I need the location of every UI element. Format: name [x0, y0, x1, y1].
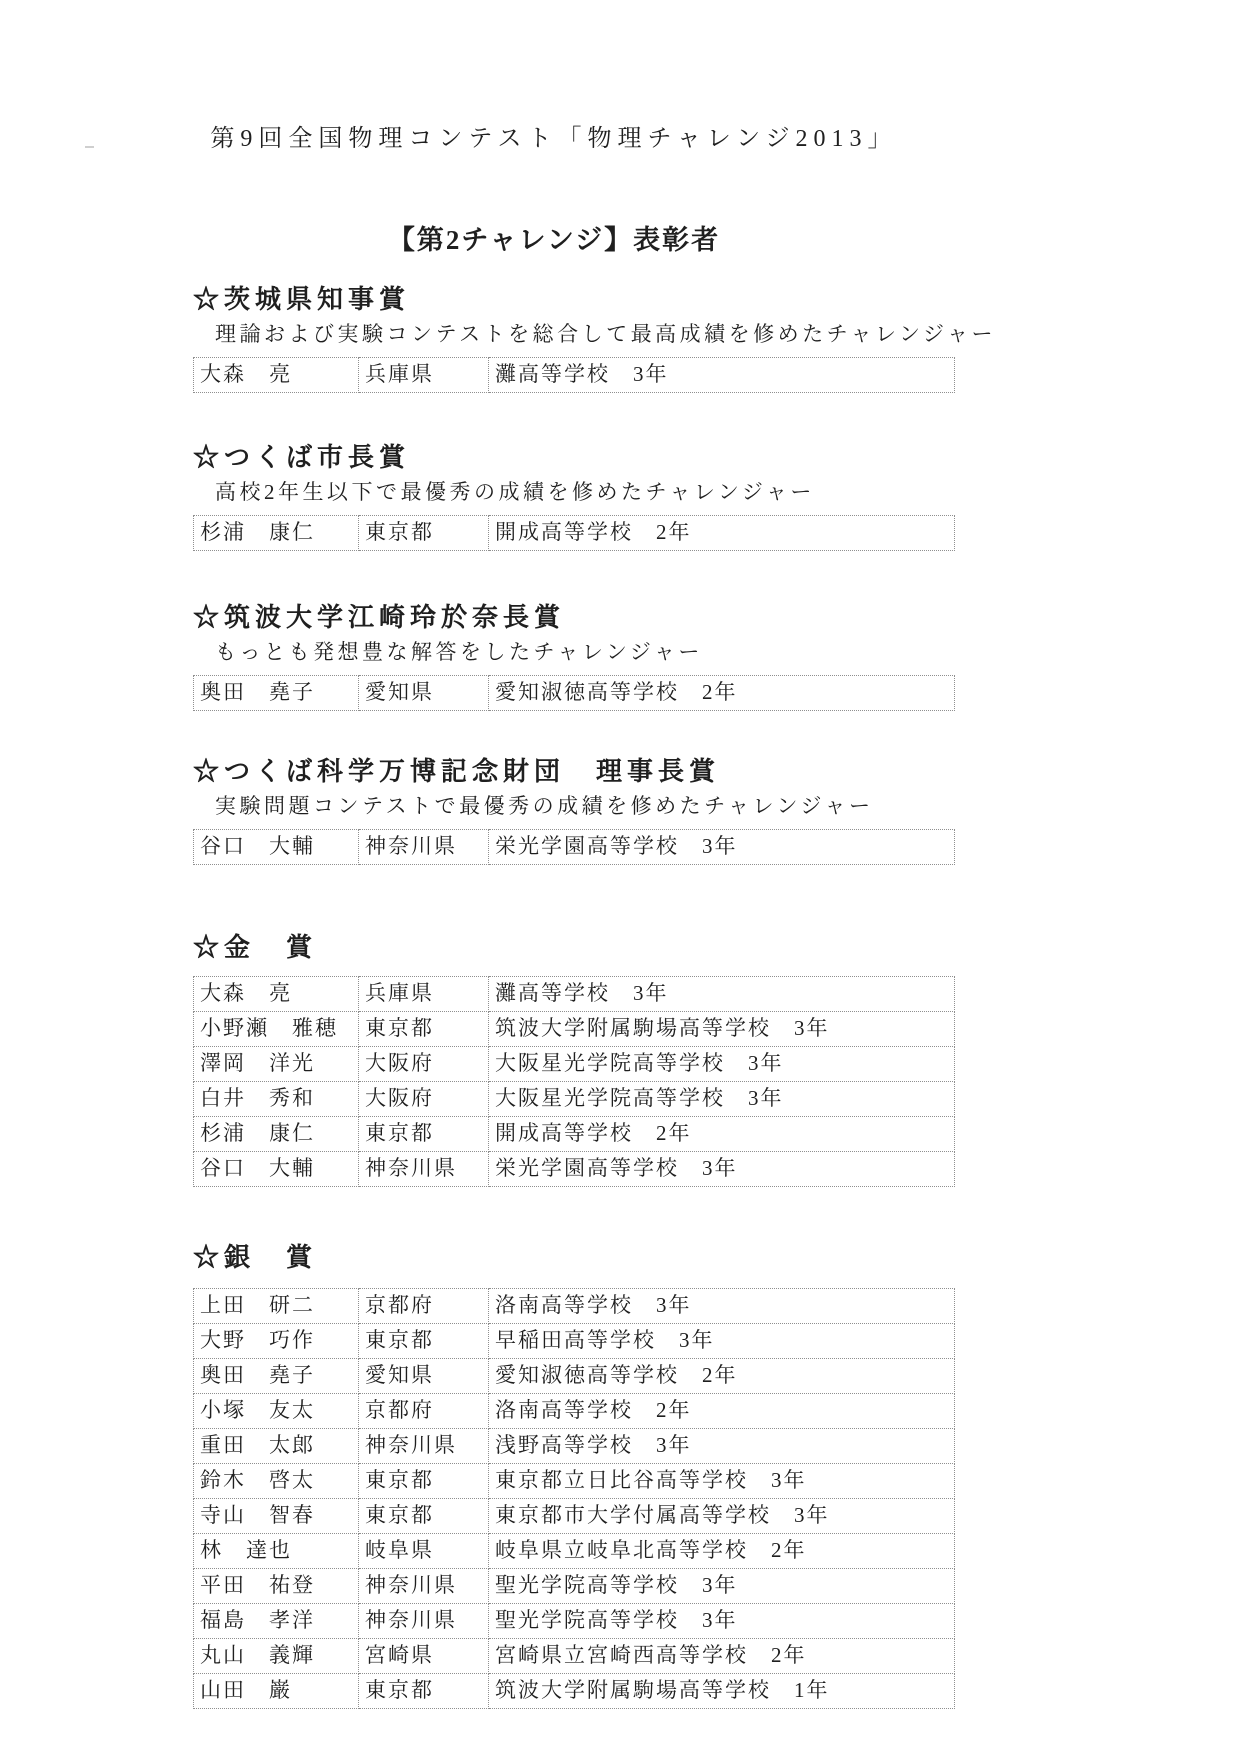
winner-prefecture: 大阪府 [359, 1082, 489, 1117]
winner-prefecture: 神奈川県 [359, 830, 489, 865]
winner-name: 丸山 義輝 [194, 1639, 359, 1674]
winner-row: 白井 秀和大阪府大阪星光学院高等学校 3年 [194, 1082, 955, 1117]
award-section-esaki: ☆筑波大学江崎玲於奈長賞 もっとも発想豊な解答をしたチャレンジャー 奥田 堯子愛… [193, 603, 915, 711]
award-heading: ☆茨城県知事賞 [193, 285, 915, 315]
award-heading: ☆つくば科学万博記念財団 理事長賞 [193, 757, 915, 787]
winner-prefecture: 京都府 [359, 1394, 489, 1429]
winner-name: 寺山 智春 [194, 1499, 359, 1534]
award-section-tsukuba-mayor: ☆つくば市長賞 高校2年生以下で最優秀の成績を修めたチャレンジャー 杉浦 康仁東… [193, 443, 915, 551]
winner-name: 杉浦 康仁 [194, 1117, 359, 1152]
winner-row: 杉浦 康仁東京都開成高等学校 2年 [194, 1117, 955, 1152]
winner-name: 小塚 友太 [194, 1394, 359, 1429]
winner-prefecture: 東京都 [359, 1117, 489, 1152]
winner-row: 大森 亮兵庫県灘高等学校 3年 [194, 977, 955, 1012]
winner-name: 白井 秀和 [194, 1082, 359, 1117]
winner-school: 聖光学院高等学校 3年 [489, 1604, 955, 1639]
winner-prefecture: 岐阜県 [359, 1534, 489, 1569]
winner-row: 重田 太郎神奈川県浅野高等学校 3年 [194, 1429, 955, 1464]
award-description: 理論および実験コンテストを総合して最高成績を修めたチャレンジャー [215, 321, 915, 348]
winner-name: 杉浦 康仁 [194, 516, 359, 551]
winner-row: 谷口 大輔神奈川県栄光学園高等学校 3年 [194, 1152, 955, 1187]
winner-school: 大阪星光学院高等学校 3年 [489, 1047, 955, 1082]
winner-row: 澤岡 洋光大阪府大阪星光学院高等学校 3年 [194, 1047, 955, 1082]
winner-school: 宮崎県立宮崎西高等学校 2年 [489, 1639, 955, 1674]
winner-name: 重田 太郎 [194, 1429, 359, 1464]
award-section-ibaraki-governor: ☆茨城県知事賞 理論および実験コンテストを総合して最高成績を修めたチャレンジャー… [193, 285, 915, 393]
winner-school: 開成高等学校 2年 [489, 516, 955, 551]
winner-prefecture: 東京都 [359, 516, 489, 551]
winner-name: 林 達也 [194, 1534, 359, 1569]
winner-row: 奥田 堯子愛知県愛知淑徳高等学校 2年 [194, 676, 955, 711]
document-title: 第9回全国物理コンテスト「物理チャレンジ2013」 [193, 0, 915, 153]
winner-name: 谷口 大輔 [194, 1152, 359, 1187]
winner-name: 奥田 堯子 [194, 1359, 359, 1394]
winner-name: 山田 巌 [194, 1674, 359, 1709]
winner-name: 奥田 堯子 [194, 676, 359, 711]
award-heading: ☆つくば市長賞 [193, 443, 915, 473]
award-heading: ☆筑波大学江崎玲於奈長賞 [193, 603, 915, 633]
winner-school: 筑波大学附属駒場高等学校 3年 [489, 1012, 955, 1047]
winners-table: 谷口 大輔神奈川県栄光学園高等学校 3年 [193, 829, 955, 865]
winner-row: 上田 研二京都府洛南高等学校 3年 [194, 1289, 955, 1324]
winner-name: 澤岡 洋光 [194, 1047, 359, 1082]
winner-name: 大森 亮 [194, 358, 359, 393]
document-page: 第9回全国物理コンテスト「物理チャレンジ2013」 【第2チャレンジ】表彰者 ☆… [0, 0, 1240, 1754]
winner-prefecture: 大阪府 [359, 1047, 489, 1082]
winner-school: 開成高等学校 2年 [489, 1117, 955, 1152]
winners-table: 上田 研二京都府洛南高等学校 3年大野 巧作東京都早稲田高等学校 3年奥田 堯子… [193, 1288, 955, 1709]
winner-row: 林 達也岐阜県岐阜県立岐阜北高等学校 2年 [194, 1534, 955, 1569]
winner-name: 大野 巧作 [194, 1324, 359, 1359]
winner-prefecture: 兵庫県 [359, 977, 489, 1012]
winner-school: 灘高等学校 3年 [489, 358, 955, 393]
winner-prefecture: 愛知県 [359, 676, 489, 711]
award-heading: ☆金 賞 [193, 933, 915, 963]
winner-row: 丸山 義輝宮崎県宮崎県立宮崎西高等学校 2年 [194, 1639, 955, 1674]
winner-prefecture: 東京都 [359, 1324, 489, 1359]
winner-prefecture: 神奈川県 [359, 1569, 489, 1604]
winner-school: 浅野高等学校 3年 [489, 1429, 955, 1464]
winner-school: 早稲田高等学校 3年 [489, 1324, 955, 1359]
winner-school: 栄光学園高等学校 3年 [489, 1152, 955, 1187]
winner-prefecture: 神奈川県 [359, 1604, 489, 1639]
winner-school: 愛知淑徳高等学校 2年 [489, 676, 955, 711]
winner-row: 杉浦 康仁東京都開成高等学校 2年 [194, 516, 955, 551]
winner-row: 谷口 大輔神奈川県栄光学園高等学校 3年 [194, 830, 955, 865]
winner-name: 平田 祐登 [194, 1569, 359, 1604]
award-section-gold: ☆金 賞 大森 亮兵庫県灘高等学校 3年小野瀬 雅穂東京都筑波大学附属駒場高等学… [193, 933, 915, 1187]
winner-row: 鈴木 啓太東京都東京都立日比谷高等学校 3年 [194, 1464, 955, 1499]
winner-school: 東京都立日比谷高等学校 3年 [489, 1464, 955, 1499]
winner-row: 平田 祐登神奈川県聖光学院高等学校 3年 [194, 1569, 955, 1604]
winner-name: 小野瀬 雅穂 [194, 1012, 359, 1047]
winner-school: 栄光学園高等学校 3年 [489, 830, 955, 865]
winner-school: 聖光学院高等学校 3年 [489, 1569, 955, 1604]
winner-school: 愛知淑徳高等学校 2年 [489, 1359, 955, 1394]
award-description: 高校2年生以下で最優秀の成績を修めたチャレンジャー [215, 479, 915, 506]
winner-row: 小塚 友太京都府洛南高等学校 2年 [194, 1394, 955, 1429]
winners-table: 大森 亮兵庫県灘高等学校 3年小野瀬 雅穂東京都筑波大学附属駒場高等学校 3年澤… [193, 976, 955, 1187]
winner-row: 奥田 堯子愛知県愛知淑徳高等学校 2年 [194, 1359, 955, 1394]
winner-prefecture: 愛知県 [359, 1359, 489, 1394]
winner-school: 灘高等学校 3年 [489, 977, 955, 1012]
scan-artifact [85, 146, 94, 148]
winner-name: 谷口 大輔 [194, 830, 359, 865]
winner-prefecture: 神奈川県 [359, 1429, 489, 1464]
winner-row: 小野瀬 雅穂東京都筑波大学附属駒場高等学校 3年 [194, 1012, 955, 1047]
document-content: 第9回全国物理コンテスト「物理チャレンジ2013」 【第2チャレンジ】表彰者 ☆… [193, 0, 915, 1709]
winner-prefecture: 東京都 [359, 1674, 489, 1709]
winner-prefecture: 東京都 [359, 1499, 489, 1534]
winner-name: 福島 孝洋 [194, 1604, 359, 1639]
winners-table: 大森 亮兵庫県灘高等学校 3年 [193, 357, 955, 393]
award-description: 実験問題コンテストで最優秀の成績を修めたチャレンジャー [215, 793, 915, 820]
award-description: もっとも発想豊な解答をしたチャレンジャー [215, 639, 915, 666]
award-heading: ☆銀 賞 [193, 1243, 915, 1273]
award-section-expo-foundation: ☆つくば科学万博記念財団 理事長賞 実験問題コンテストで最優秀の成績を修めたチャ… [193, 757, 915, 865]
winner-school: 東京都市大学付属高等学校 3年 [489, 1499, 955, 1534]
document-subtitle: 【第2チャレンジ】表彰者 [193, 223, 915, 257]
winner-school: 大阪星光学院高等学校 3年 [489, 1082, 955, 1117]
winners-table: 奥田 堯子愛知県愛知淑徳高等学校 2年 [193, 675, 955, 711]
winner-name: 鈴木 啓太 [194, 1464, 359, 1499]
winner-row: 山田 巌東京都筑波大学附属駒場高等学校 1年 [194, 1674, 955, 1709]
winner-row: 大森 亮兵庫県灘高等学校 3年 [194, 358, 955, 393]
winner-prefecture: 神奈川県 [359, 1152, 489, 1187]
winner-school: 岐阜県立岐阜北高等学校 2年 [489, 1534, 955, 1569]
winner-name: 大森 亮 [194, 977, 359, 1012]
winner-school: 洛南高等学校 2年 [489, 1394, 955, 1429]
winner-prefecture: 兵庫県 [359, 358, 489, 393]
winner-school: 洛南高等学校 3年 [489, 1289, 955, 1324]
award-section-silver: ☆銀 賞 上田 研二京都府洛南高等学校 3年大野 巧作東京都早稲田高等学校 3年… [193, 1243, 915, 1709]
winner-row: 福島 孝洋神奈川県聖光学院高等学校 3年 [194, 1604, 955, 1639]
winner-prefecture: 宮崎県 [359, 1639, 489, 1674]
winner-row: 寺山 智春東京都東京都市大学付属高等学校 3年 [194, 1499, 955, 1534]
winner-school: 筑波大学附属駒場高等学校 1年 [489, 1674, 955, 1709]
winners-table: 杉浦 康仁東京都開成高等学校 2年 [193, 515, 955, 551]
winner-prefecture: 東京都 [359, 1012, 489, 1047]
winner-row: 大野 巧作東京都早稲田高等学校 3年 [194, 1324, 955, 1359]
winner-prefecture: 東京都 [359, 1464, 489, 1499]
winner-prefecture: 京都府 [359, 1289, 489, 1324]
winner-name: 上田 研二 [194, 1289, 359, 1324]
